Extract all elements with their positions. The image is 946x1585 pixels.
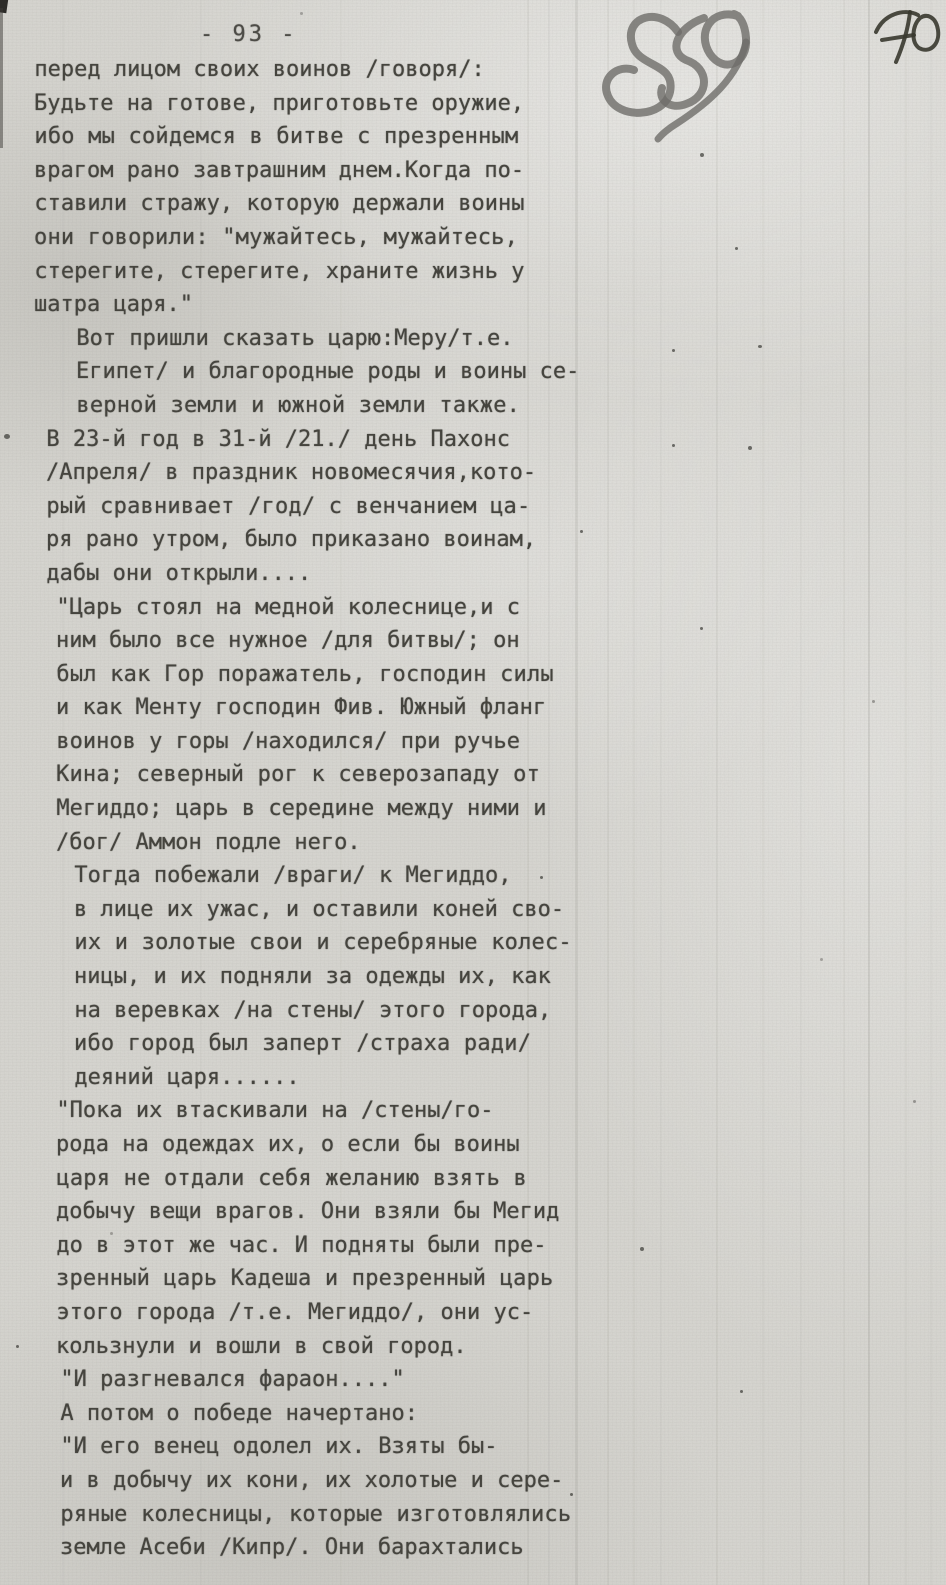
text-line: Тогда побежали /враги/ к Мегиддо,	[10, 859, 620, 893]
text-line: добычу вещи врагов. Они взяли бы Мегид	[0, 1195, 620, 1229]
text-line: шатра царя."	[34, 288, 620, 322]
text-line: и как Менту господин Фив. Южный фланг	[30, 691, 620, 725]
paragraph: "Царь стоял на медной колеснице,и сним б…	[30, 591, 620, 860]
paragraph: "Пока их втаскивали на /стены/го-рода на…	[0, 1094, 620, 1363]
text-line: Вот пришли сказать царю:Меру/т.е.	[30, 322, 620, 356]
text-line: дабы они открыли....	[32, 557, 620, 591]
paragraph: А потом о победе начертано:	[0, 1397, 620, 1431]
text-line: земле Асеби /Кипр/. Они барахтались	[0, 1531, 620, 1565]
text-line: А потом о победе начертано:	[0, 1397, 620, 1431]
text-line: Египет/ и благородные роды и воины се-	[30, 355, 620, 389]
text-line: деяний царя......	[10, 1061, 620, 1095]
typed-text: перед лицом своих воинов /говоря/:Будьте…	[0, 53, 620, 1565]
text-line: "Пока их втаскивали на /стены/го-	[0, 1094, 620, 1128]
page-number: - 93 -	[200, 22, 297, 47]
text-line: ставили стражу, которую держали воины	[34, 187, 620, 221]
text-line: стерегите, стерегите, храните жизнь у	[34, 255, 620, 289]
paragraph: перед лицом своих воинов /говоря/:Будьте…	[34, 53, 620, 322]
text-line: Будьте на готове, приготовьте оружие,	[34, 87, 620, 121]
paragraph: "И разгневался фараон...."	[0, 1363, 620, 1397]
text-line: и в добычу их кони, их холотые и сере-	[0, 1464, 620, 1498]
text-line: был как Гор поражатель, господин силы	[30, 658, 620, 692]
scanned-document-page: - 93 - перед лицом своих воинов /говоря/…	[0, 0, 946, 1585]
text-line: врагом рано завтрашним днем.Когда по-	[34, 154, 620, 188]
paragraph: В 23-й год в 31-й /21./ день Пахонс/Апре…	[32, 423, 620, 591]
text-line: ницы, и их подняли за одежды их, как	[10, 960, 620, 994]
text-line: "И разгневался фараон...."	[0, 1363, 620, 1397]
text-line: этого города /т.е. Мегиддо/, они ус-	[0, 1296, 620, 1330]
text-line: до в этот же час. И подняты были пре-	[0, 1229, 620, 1263]
text-line: рода на одеждах их, о если бы воины	[0, 1128, 620, 1162]
text-line: "Царь стоял на медной колеснице,и с	[30, 591, 620, 625]
text-line: Мегиддо; царь в середине между ними и	[30, 792, 620, 826]
text-line: ним было все нужное /для битвы/; он	[30, 624, 620, 658]
handwritten-corner-number	[868, 2, 946, 72]
text-line: в лице их ужас, и оставили коней сво-	[10, 893, 620, 927]
text-line: на веревках /на стены/ этого города,	[10, 994, 620, 1028]
text-line: кользнули и вошли в свой город.	[0, 1330, 620, 1364]
paragraph: "И его венец одолел их. Взяты бы-и в доб…	[0, 1430, 620, 1564]
text-line: их и золотые свои и серебряные колес-	[10, 926, 620, 960]
text-line: перед лицом своих воинов /говоря/:	[34, 53, 620, 87]
text-line: /бог/ Аммон подле него.	[30, 826, 620, 860]
text-line: "И его венец одолел их. Взяты бы-	[0, 1430, 620, 1464]
text-line: воинов у горы /находился/ при ручье	[30, 725, 620, 759]
text-line: ряные колесницы, которые изготовлялись	[0, 1498, 620, 1532]
paragraph: Вот пришли сказать царю:Меру/т.е.Египет/…	[30, 322, 620, 423]
text-line: зренный царь Кадеша и презренный царь	[0, 1262, 620, 1296]
paragraph: Тогда побежали /враги/ к Мегиддо,в лице …	[10, 859, 620, 1094]
text-line: царя не отдали себя желанию взять в	[0, 1162, 620, 1196]
text-line: В 23-й год в 31-й /21./ день Пахонс	[32, 423, 620, 457]
text-line: верной земли и южной земли также.	[30, 389, 620, 423]
text-line: ря рано утром, было приказано воинам,	[32, 523, 620, 557]
text-line: рый сравнивает /год/ с венчанием ца-	[32, 490, 620, 524]
text-line: /Апреля/ в праздник новомесячия,кото-	[32, 456, 620, 490]
text-line: ибо мы сойдемся в битве с презренным	[34, 120, 620, 154]
text-line: они говорили: "мужайтесь, мужайтесь,	[34, 221, 620, 255]
text-line: Кина; северный рог к северозападу от	[30, 758, 620, 792]
handwritten-archive-number	[588, 2, 818, 152]
text-line: ибо город был заперт /страха ради/	[10, 1027, 620, 1061]
